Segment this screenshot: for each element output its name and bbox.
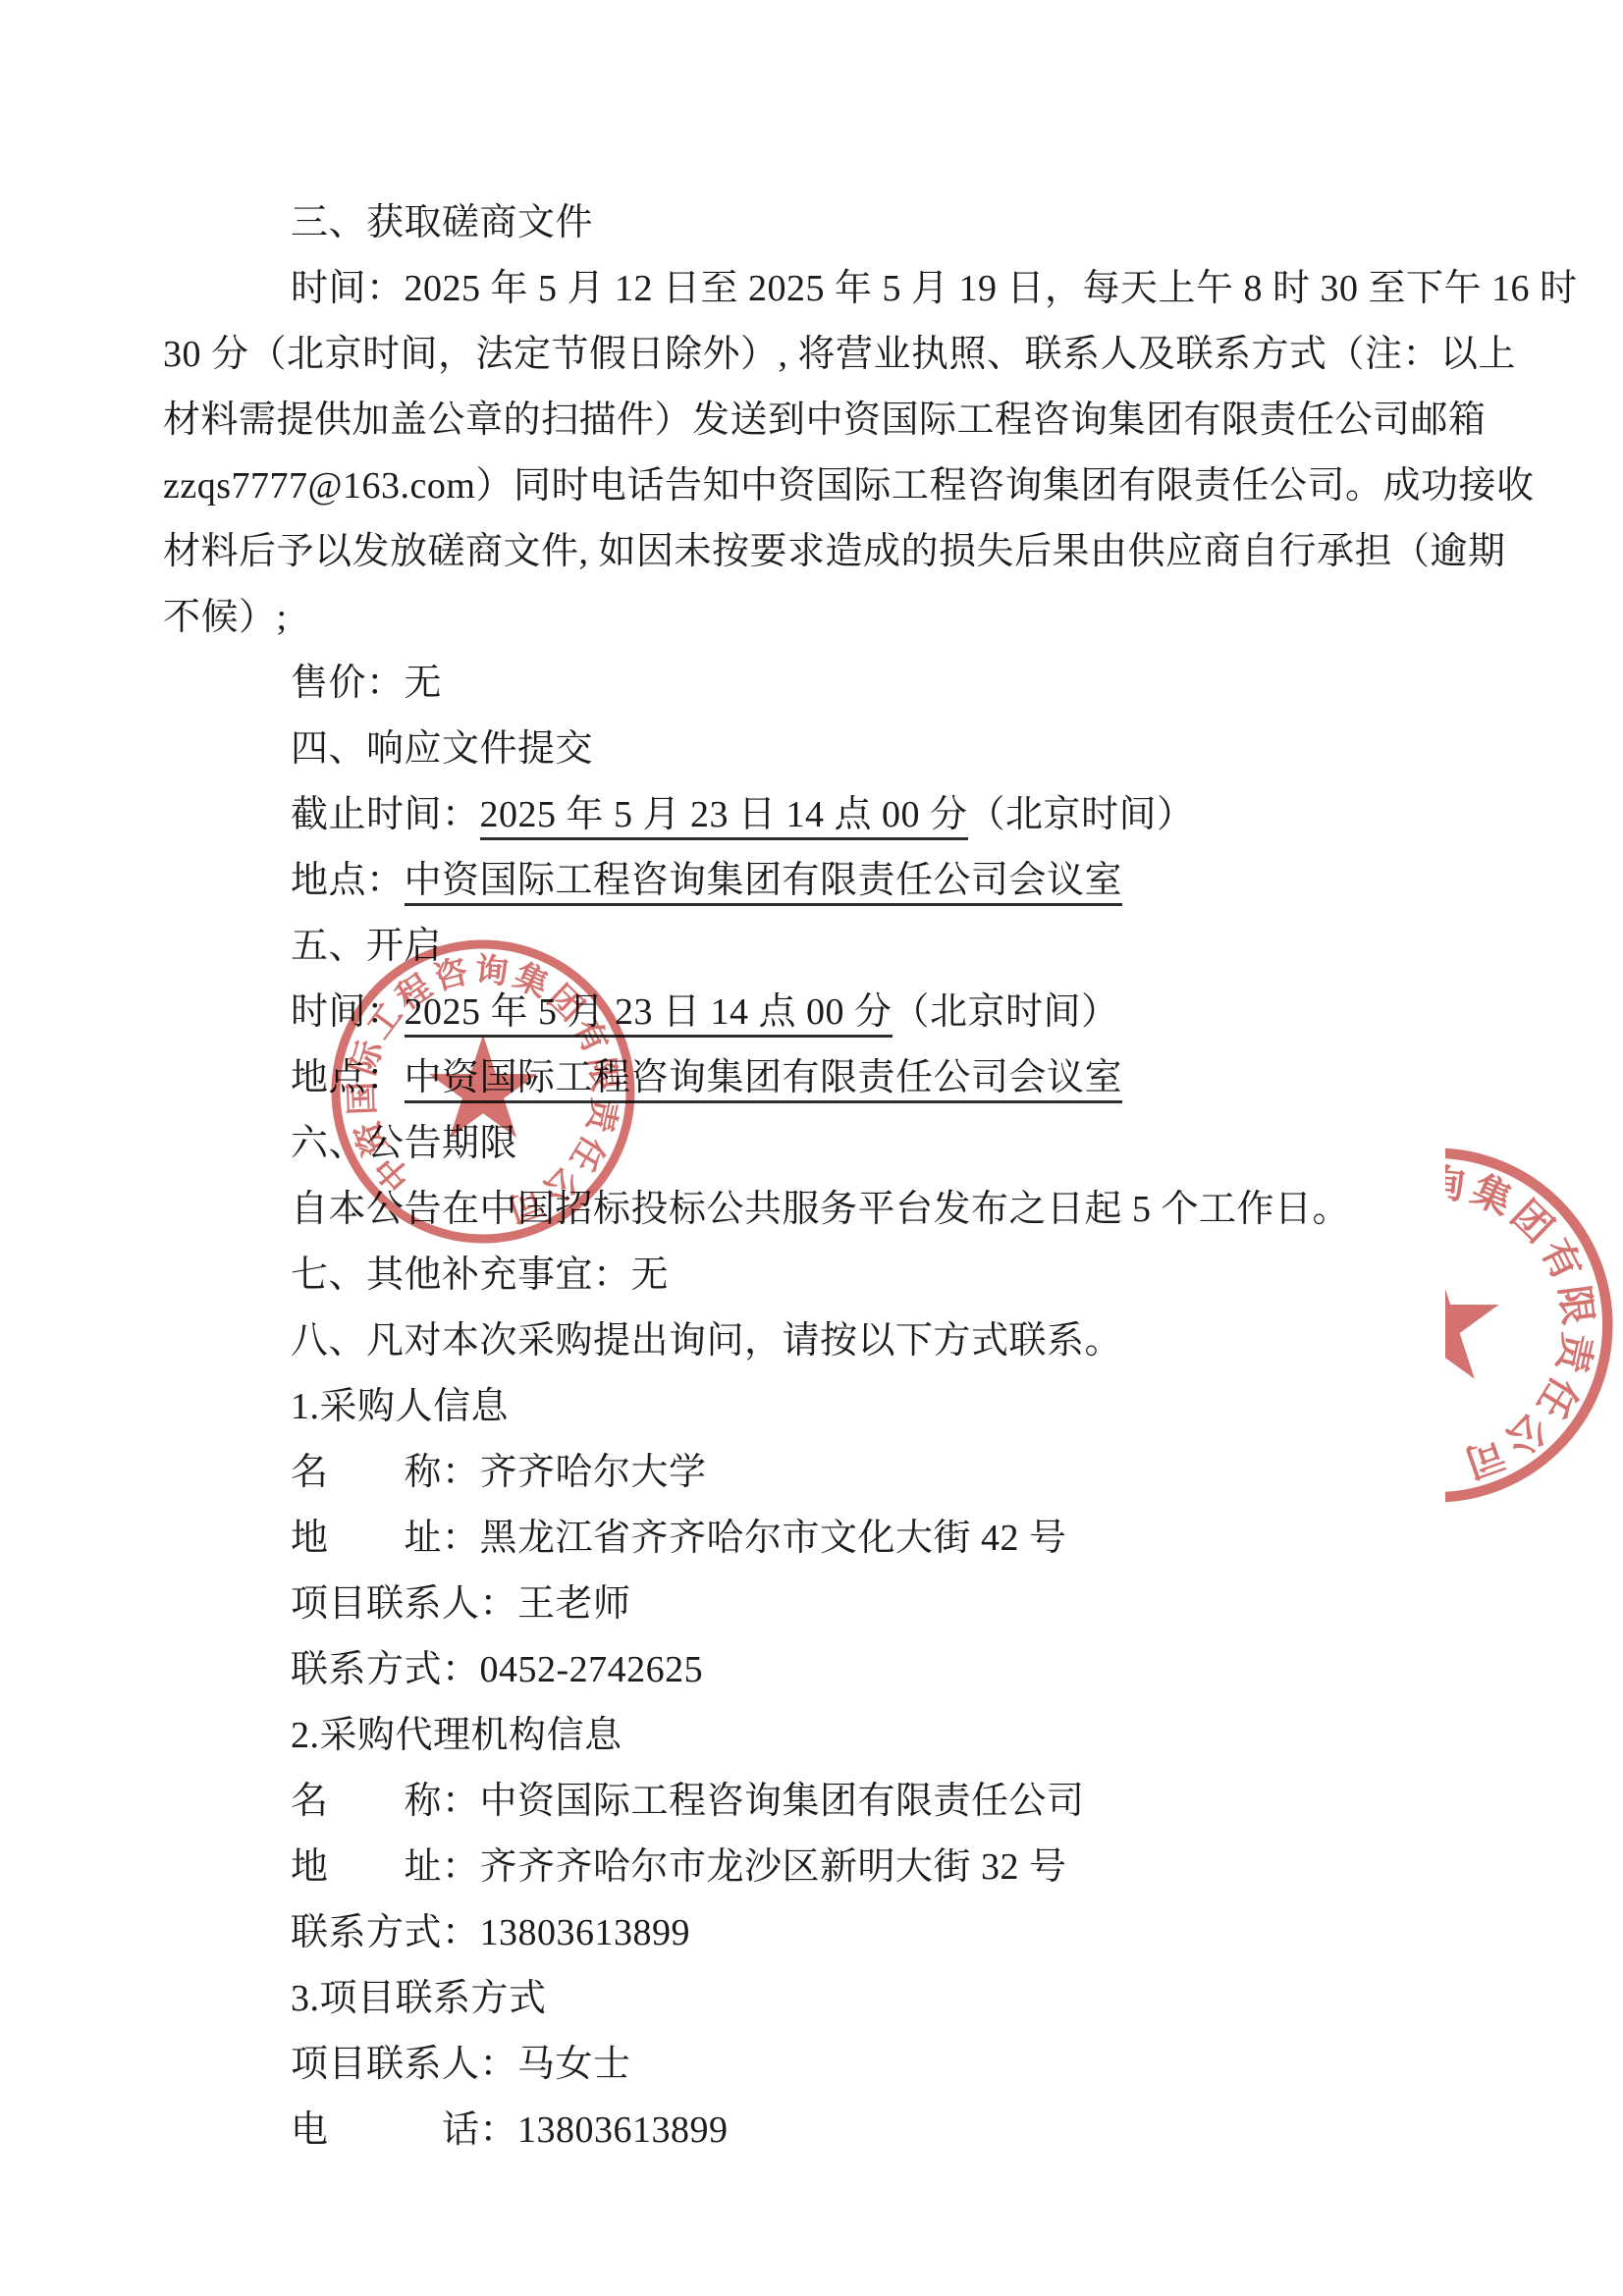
doc-line: 名 称：齐齐哈尔大学 xyxy=(163,1440,1498,1506)
doc-line: 材料需提供加盖公章的扫描件）发送到中资国际工程咨询集团有限责任公司邮箱 xyxy=(163,388,1498,454)
doc-text: （北京时间） xyxy=(893,991,1119,1033)
doc-line: 30 分（北京时间，法定节假日除外）, 将营业执照、联系人及联系方式（注：以上 xyxy=(163,322,1498,388)
doc-line: 七、其他补充事宜：无 xyxy=(163,1243,1498,1308)
doc-line: 地 址：黑龙江省齐齐哈尔市文化大街 42 号 xyxy=(163,1506,1498,1572)
doc-line: 四、响应文件提交 xyxy=(163,717,1498,782)
doc-text: 1.采购人信息 xyxy=(291,1386,509,1427)
doc-line: 2.采购代理机构信息 xyxy=(163,1703,1498,1769)
doc-text: 30 分（北京时间，法定节假日除外）, 将营业执照、联系人及联系方式（注：以上 xyxy=(163,334,1516,375)
underlined-text: 中资国际工程咨询集团有限责任公司会议室 xyxy=(405,1057,1123,1103)
doc-text: 材料需提供加盖公章的扫描件）发送到中资国际工程咨询集团有限责任公司邮箱 xyxy=(163,400,1487,441)
doc-line: 时间：2025 年 5 月 12 日至 2025 年 5 月 19 日，每天上午… xyxy=(163,256,1498,322)
doc-text: 七、其他补充事宜：无 xyxy=(291,1255,669,1296)
underlined-text: 中资国际工程咨询集团有限责任公司会议室 xyxy=(405,860,1123,906)
doc-line: 六、公告期限 xyxy=(163,1111,1498,1177)
doc-text: 地点： xyxy=(291,860,405,901)
doc-line: 联系方式：0452-2742625 xyxy=(163,1637,1498,1703)
doc-text: 三、获取磋商文件 xyxy=(291,202,593,243)
doc-line: 1.采购人信息 xyxy=(163,1374,1498,1440)
doc-line: 地点：中资国际工程咨询集团有限责任公司会议室 xyxy=(163,1045,1498,1111)
doc-text: 联系方式：13803613899 xyxy=(291,1912,690,1953)
doc-text: 不候）; xyxy=(163,597,288,638)
doc-text: 联系方式：0452-2742625 xyxy=(291,1649,703,1690)
doc-text: 自本公告在中国招标投标公共服务平台发布之日起 5 个工作日。 xyxy=(291,1189,1350,1230)
doc-line: 三、获取磋商文件 xyxy=(163,190,1498,256)
doc-line: 名 称：中资国际工程咨询集团有限责任公司 xyxy=(163,1769,1498,1835)
doc-line: 不候）; xyxy=(163,585,1498,651)
doc-line: 五、开启 xyxy=(163,914,1498,980)
doc-line: 材料后予以发放磋商文件, 如因未按要求造成的损失后果由供应商自行承担（逾期 xyxy=(163,519,1498,585)
doc-text: 时间： xyxy=(291,991,405,1033)
doc-line: zzqs7777@163.com）同时电话告知中资国际工程咨询集团有限责任公司。… xyxy=(163,454,1498,519)
doc-line: 八、凡对本次采购提出询问，请按以下方式联系。 xyxy=(163,1308,1498,1374)
doc-text: 材料后予以发放磋商文件, 如因未按要求造成的损失后果由供应商自行承担（逾期 xyxy=(163,531,1506,572)
doc-text: 截止时间： xyxy=(291,794,480,835)
document-body: 三、获取磋商文件时间：2025 年 5 月 12 日至 2025 年 5 月 1… xyxy=(163,190,1498,2163)
underlined-text: 2025 年 5 月 23 日 14 点 00 分 xyxy=(405,991,893,1038)
doc-line: 自本公告在中国招标投标公共服务平台发布之日起 5 个工作日。 xyxy=(163,1177,1498,1243)
doc-text: 地点： xyxy=(291,1057,405,1098)
doc-text: 时间：2025 年 5 月 12 日至 2025 年 5 月 19 日，每天上午… xyxy=(291,268,1578,309)
doc-text: 地 址：齐齐齐哈尔市龙沙区新明大街 32 号 xyxy=(291,1846,1067,1888)
document-page: 三、获取磋商文件时间：2025 年 5 月 12 日至 2025 年 5 月 1… xyxy=(0,0,1623,2296)
doc-line: 3.项目联系方式 xyxy=(163,1966,1498,2032)
doc-text: （北京时间） xyxy=(968,794,1195,835)
doc-line: 电 话：13803613899 xyxy=(163,2098,1498,2163)
doc-line: 截止时间：2025 年 5 月 23 日 14 点 00 分（北京时间） xyxy=(163,782,1498,848)
doc-text: zzqs7777@163.com）同时电话告知中资国际工程咨询集团有限责任公司。… xyxy=(163,465,1534,507)
doc-text: 项目联系人：王老师 xyxy=(291,1583,631,1625)
doc-line: 售价：无 xyxy=(163,651,1498,717)
doc-line: 项目联系人：马女士 xyxy=(163,2032,1498,2098)
doc-text: 3.项目联系方式 xyxy=(291,1978,547,2019)
doc-text: 地 址：黑龙江省齐齐哈尔市文化大街 42 号 xyxy=(291,1518,1067,1559)
doc-text: 五、开启 xyxy=(291,926,442,967)
doc-text: 售价：无 xyxy=(291,663,442,704)
doc-line: 项目联系人：王老师 xyxy=(163,1572,1498,1637)
doc-line: 地点：中资国际工程咨询集团有限责任公司会议室 xyxy=(163,848,1498,914)
doc-text: 项目联系人：马女士 xyxy=(291,2044,631,2085)
underlined-text: 2025 年 5 月 23 日 14 点 00 分 xyxy=(480,794,968,840)
doc-line: 地 址：齐齐齐哈尔市龙沙区新明大街 32 号 xyxy=(163,1835,1498,1900)
doc-text: 六、公告期限 xyxy=(291,1123,517,1164)
doc-text: 四、响应文件提交 xyxy=(291,728,593,770)
doc-text: 电 话：13803613899 xyxy=(291,2109,729,2151)
doc-text: 名 称：齐齐哈尔大学 xyxy=(291,1452,707,1493)
doc-line: 时间：2025 年 5 月 23 日 14 点 00 分（北京时间） xyxy=(163,980,1498,1045)
doc-text: 2.采购代理机构信息 xyxy=(291,1715,622,1756)
doc-text: 八、凡对本次采购提出询问，请按以下方式联系。 xyxy=(291,1320,1122,1362)
doc-line: 联系方式：13803613899 xyxy=(163,1900,1498,1966)
doc-text: 名 称：中资国际工程咨询集团有限责任公司 xyxy=(291,1781,1085,1822)
